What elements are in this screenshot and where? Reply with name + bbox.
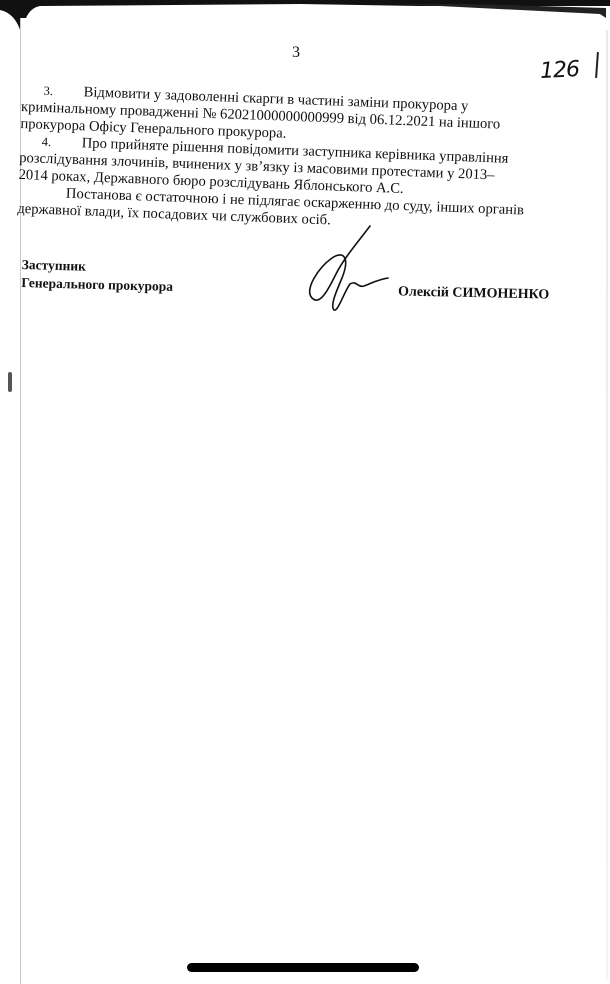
page-edge xyxy=(606,30,608,980)
signatory-name: Олексій СИМОНЕНКО xyxy=(398,284,550,303)
page-number: 3 xyxy=(292,44,300,62)
signature-icon xyxy=(298,222,398,314)
signatory-title: Заступник Генерального прокурора xyxy=(21,256,174,296)
handwritten-page-number: 126 xyxy=(539,57,579,84)
home-indicator[interactable] xyxy=(187,963,419,972)
scan-artifact xyxy=(8,372,12,392)
document-body: 3.Відмовити у задоволенні скарги в части… xyxy=(17,82,582,238)
